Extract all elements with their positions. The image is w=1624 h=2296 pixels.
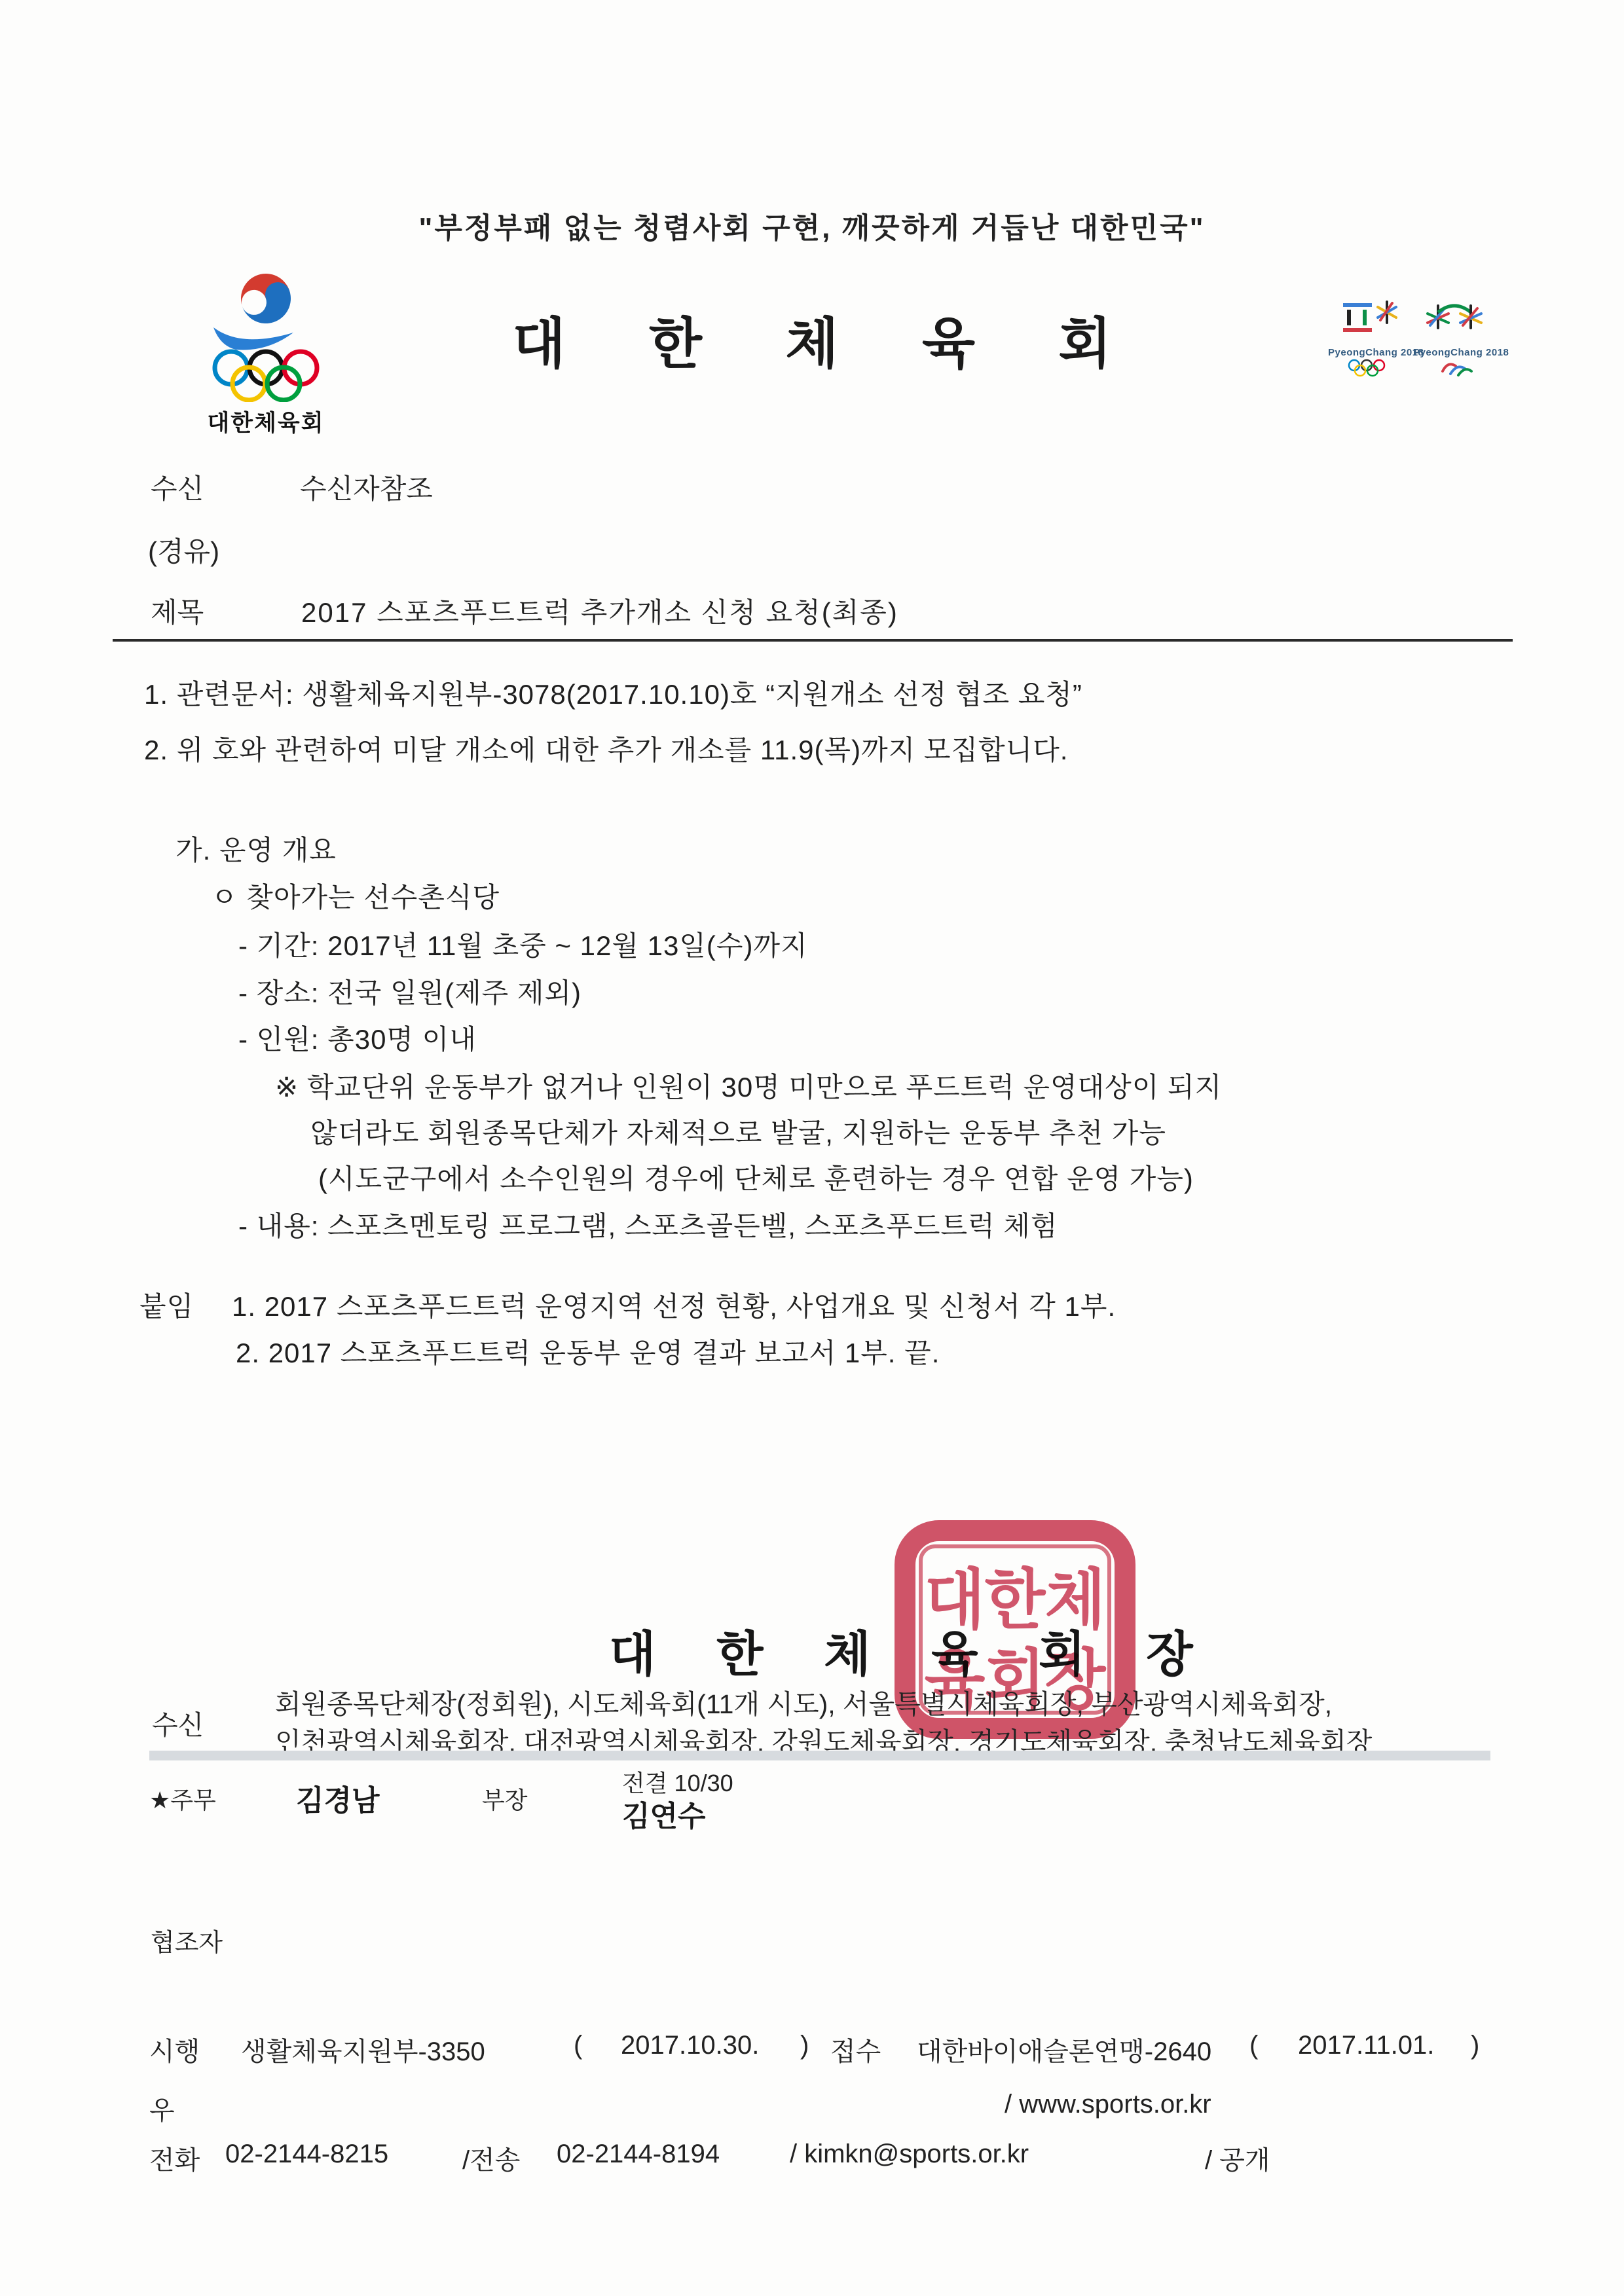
body-dash-people: - 인원: 총30명 이내	[238, 1018, 477, 1057]
agitos-icon	[1428, 358, 1481, 379]
attachment-2: 2. 2017 스포츠푸드트럭 운동부 운영 결과 보고서 1부. 끝.	[236, 1332, 940, 1371]
seal-char: 한	[985, 1563, 1046, 1636]
attachment-label: 붙임	[139, 1285, 194, 1324]
email-address: / kimkn@sports.or.kr	[790, 2140, 1029, 2169]
website-url: / www.sports.or.kr	[1005, 2090, 1211, 2119]
subject-value: 2017 스포츠푸드트럭 추가개소 신청 요청(최종)	[301, 591, 898, 630]
seal-char: 체	[1045, 1563, 1106, 1636]
recipients-label: 수신	[152, 1704, 204, 1742]
paren-open: (	[1249, 2031, 1258, 2060]
recipients-line-1: 회원종목단체장(정회원), 시도체육회(11개 시도), 서울특별시체육회장, …	[275, 1683, 1332, 1721]
receipt-label: 접수	[830, 2031, 881, 2068]
postal-label: 우	[149, 2090, 175, 2127]
seal-char: 대	[925, 1563, 986, 1636]
enforce-label: 시행	[149, 2031, 200, 2068]
drafter-name: 김경남	[296, 1777, 380, 1819]
recipient-value: 수신자참조	[300, 467, 433, 507]
paralympic-emblem-icon	[1415, 298, 1494, 344]
body-note-1: ※ 학교단위 운동부가 없거나 인원이 30명 미만으로 푸드트럭 운영대상이 …	[275, 1066, 1222, 1105]
disclosure-label: / 공개	[1205, 2140, 1270, 2177]
attachment-1: 1. 2017 스포츠푸드트럭 운영지역 선정 현황, 사업개요 및 신청서 각…	[232, 1285, 1116, 1324]
org-logo-label: 대한체육회	[189, 405, 343, 438]
olympic-rings-small-icon	[1338, 358, 1397, 378]
via-label: (경유)	[148, 530, 219, 570]
body-dash-place: - 장소: 전국 일원(제주 제외)	[238, 972, 581, 1011]
enforce-doc-number: 생활체육지원부-3350	[241, 2031, 485, 2068]
receipt-doc-number: 대한바이애슬론연맹-2640	[917, 2031, 1211, 2068]
manager-label: 부장	[482, 1782, 528, 1815]
fax-number: 02-2144-8194	[557, 2140, 720, 2169]
pyeongchang-paralympic-logo: PyeongChang 2018	[1413, 298, 1495, 382]
body-note-2: 않더라도 회원종목단체가 자체적으로 발굴, 지원하는 운동부 추천 가능	[310, 1112, 1166, 1151]
body-item-restaurant: ㅇ 찾아가는 선수촌식당	[211, 876, 500, 915]
pyeongchang-olympic-logo: PyeongChang 2018	[1328, 298, 1407, 381]
anticorruption-slogan: "부정부패 없는 청렴사회 구현, 깨끗하게 거듭난 대한민국"	[0, 204, 1624, 246]
approver-name: 김연수	[622, 1793, 706, 1834]
paren-open: (	[574, 2031, 582, 2060]
body-note-3: (시도군구에서 소수인원의 경우에 단체로 훈련하는 경우 연합 운영 가능)	[318, 1157, 1194, 1197]
phone-label: 전화	[149, 2140, 200, 2177]
enforce-date: 2017.10.30.	[621, 2031, 759, 2060]
subject-label: 제목	[151, 591, 204, 630]
pyeongchang-paralympic-label: PyeongChang 2018	[1413, 347, 1495, 358]
official-document-page: "부정부패 없는 청렴사회 구현, 깨끗하게 거듭난 대한민국" 대한체육회 대…	[0, 0, 1624, 2296]
body-related-doc: 1. 관련문서: 생활체육지원부-3078(2017.10.10)호 “지원개소…	[144, 673, 1082, 712]
paren-close: )	[1471, 2031, 1479, 2060]
body-dash-period: - 기간: 2017년 11월 초중 ~ 12월 13일(수)까지	[238, 924, 808, 964]
drafter-label: ★주무	[149, 1782, 216, 1815]
body-section-overview: 가. 운영 개요	[175, 829, 337, 868]
header-divider-line	[113, 639, 1513, 642]
receipt-date: 2017.11.01.	[1298, 2031, 1434, 2060]
cooperator-label: 협조자	[151, 1922, 223, 1958]
fax-label: /전송	[462, 2140, 520, 2177]
recipient-label: 수신	[151, 467, 204, 507]
phone-number: 02-2144-8215	[225, 2140, 388, 2169]
pyeongchang-olympic-label: PyeongChang 2018	[1328, 347, 1407, 358]
body-recruit-notice: 2. 위 호와 관련하여 미달 개소에 대한 추가 개소를 11.9(목)까지 …	[144, 729, 1068, 768]
body-dash-content: - 내용: 스포츠멘토링 프로그램, 스포츠골든벨, 스포츠푸드트럭 체험	[238, 1205, 1058, 1244]
pyeongchang-emblem-icon	[1331, 298, 1403, 344]
paren-close: )	[800, 2031, 809, 2060]
approval-divider-band	[149, 1751, 1490, 1760]
